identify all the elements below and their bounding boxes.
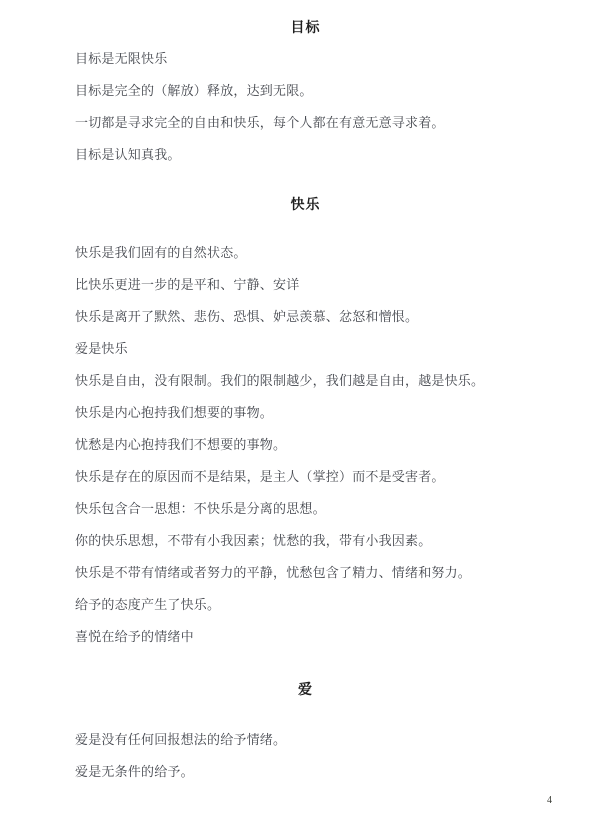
section-heading-happiness: 快乐 — [75, 197, 536, 215]
paragraph: 快乐是离开了默然、悲伤、恐惧、妒忌羡慕、忿怒和憎恨。 — [75, 309, 536, 325]
document-page: 目标目标是无限快乐目标是完全的（解放）释放，达到无限。一切都是寻求完全的自由和快… — [0, 0, 606, 816]
paragraph: 喜悦在给予的情绪中 — [75, 629, 536, 645]
paragraph: 快乐是内心抱持我们想要的事物。 — [75, 405, 536, 421]
paragraph: 目标是完全的（解放）释放，达到无限。 — [75, 83, 536, 99]
paragraph: 快乐是不带有情绪或者努力的平静，忧愁包含了精力、情绪和努力。 — [75, 565, 536, 581]
paragraph: 忧愁是内心抱持我们不想要的事物。 — [75, 437, 536, 453]
paragraph: 爱是快乐 — [75, 341, 536, 357]
paragraph: 爱是无条件的给予。 — [75, 764, 536, 780]
paragraph: 目标是认知真我。 — [75, 147, 536, 163]
paragraph: 你的快乐思想，不带有小我因素；忧愁的我，带有小我因素。 — [75, 533, 536, 549]
paragraph: 给予的态度产生了快乐。 — [75, 597, 536, 613]
document-content: 目标目标是无限快乐目标是完全的（解放）释放，达到无限。一切都是寻求完全的自由和快… — [0, 0, 606, 780]
paragraph: 比快乐更进一步的是平和、宁静、安详 — [75, 277, 536, 293]
section-heading-love: 爱 — [75, 682, 536, 700]
paragraph: 一切都是寻求完全的自由和快乐，每个人都在有意无意寻求着。 — [75, 115, 536, 131]
section-love: 爱爱是没有任何回报想法的给予情绪。爱是无条件的给予。 — [75, 682, 536, 780]
section-heading-goal: 目标 — [75, 20, 536, 38]
paragraph: 目标是无限快乐 — [75, 51, 536, 67]
section-happiness: 快乐快乐是我们固有的自然状态。比快乐更进一步的是平和、宁静、安详快乐是离开了默然… — [75, 197, 536, 645]
paragraph: 快乐是我们固有的自然状态。 — [75, 245, 536, 261]
paragraph: 快乐包含合一思想：不快乐是分离的思想。 — [75, 501, 536, 517]
paragraph: 爱是没有任何回报想法的给予情绪。 — [75, 732, 536, 748]
paragraph: 快乐是存在的原因而不是结果，是主人（掌控）而不是受害者。 — [75, 469, 536, 485]
paragraph: 快乐是自由，没有限制。我们的限制越少，我们越是自由，越是快乐。 — [75, 373, 536, 389]
page-number: 4 — [547, 795, 552, 807]
section-goal: 目标目标是无限快乐目标是完全的（解放）释放，达到无限。一切都是寻求完全的自由和快… — [75, 20, 536, 163]
